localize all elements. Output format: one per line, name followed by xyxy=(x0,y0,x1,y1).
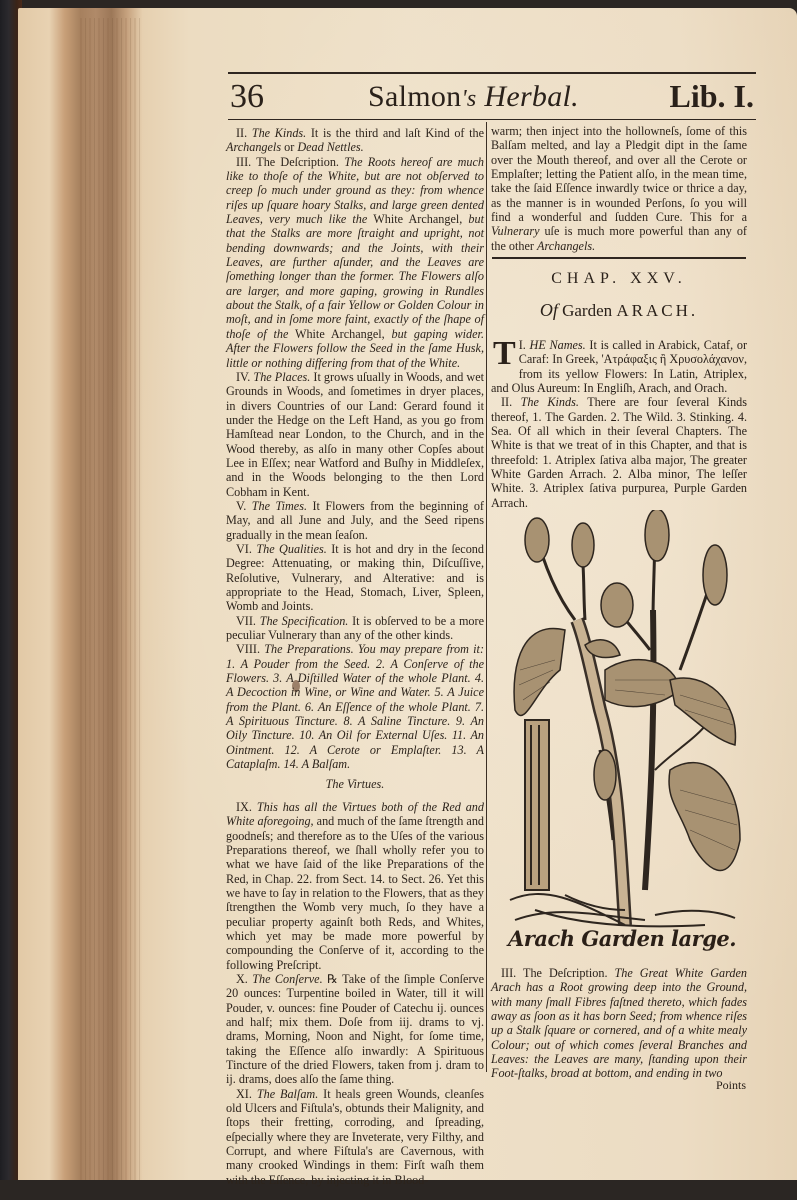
chapter-rule xyxy=(492,257,746,259)
section-places: IV. The Places. It grows uſually in Wood… xyxy=(226,370,484,499)
section-text: White Archangel, xyxy=(367,212,468,226)
section-number: VII. xyxy=(236,614,256,628)
section-text: warm; then inject into the hollowneſs, ſ… xyxy=(491,124,747,224)
chapter-heading: CHAP. XXV. xyxy=(491,270,747,288)
section-text: You may prepare from it: 1. A Pouder fro… xyxy=(226,642,484,771)
section-virtues: IX. This has all the Virtues both of the… xyxy=(226,800,484,972)
chapter-body: I. T HE Names. It is called in Arabick, … xyxy=(491,338,747,510)
section-text: or xyxy=(281,140,297,154)
section-text: ℞ Take of the ſimple Conſerve 20 ounces:… xyxy=(226,972,484,1086)
section-number: III. xyxy=(501,966,516,980)
section-number: VIII. xyxy=(236,642,260,656)
italic-term: Vulnerary xyxy=(491,224,540,238)
section-number: IX. xyxy=(236,800,252,814)
title-possessive: 's xyxy=(461,86,476,112)
section-times: V. The Times. It Flowers from the beginn… xyxy=(226,499,484,542)
section-label: The Deſcription. xyxy=(523,966,608,980)
section-description-arach: III. The Deſcription. The Great White Ga… xyxy=(491,966,747,1081)
chapter-title-garden: Garden xyxy=(562,301,612,320)
section-label: HE Names. xyxy=(530,338,586,352)
section-names: I. T HE Names. It is called in Arabick, … xyxy=(491,338,747,395)
left-column: II. The Kinds. It is the third and laſt … xyxy=(226,126,484,1187)
section-number: I. xyxy=(519,338,526,352)
section-text: White Archangel, xyxy=(288,327,391,341)
column-divider xyxy=(486,122,487,1072)
section-number: X. xyxy=(236,972,248,986)
section-number: V. xyxy=(236,499,246,513)
section-text: but that the Stalks are more ſtraight an… xyxy=(226,212,484,341)
section-label: The Preparations. xyxy=(264,642,353,656)
right-column-continuation: warm; then inject into the hollowneſs, ſ… xyxy=(491,124,747,253)
section-text: The Great White Garden Arach has a Root … xyxy=(491,966,747,1080)
section-text: and much of the ſame ſtrength and goodne… xyxy=(226,814,484,971)
section-label: The Kinds. xyxy=(252,126,306,140)
italic-term: Dead Nettles. xyxy=(297,140,363,154)
page-number: 36 xyxy=(230,78,264,116)
chapter-title: Of Garden ARACH. xyxy=(491,300,747,321)
section-label: The Places. xyxy=(253,370,310,384)
arach-plant-woodcut-icon xyxy=(505,510,745,930)
section-specification: VII. The Specification. It is obſerved t… xyxy=(226,614,484,643)
section-text: There are four ſeveral Kinds thereof, 1.… xyxy=(491,395,747,509)
section-label: The Balſam. xyxy=(257,1087,318,1101)
section-number: III. xyxy=(236,155,251,169)
section-description-text: III. The Deſcription. The Great White Ga… xyxy=(491,966,747,1081)
section-kinds-arach: II. The Kinds. There are four ſeveral Ki… xyxy=(491,395,747,510)
drop-cap: T xyxy=(493,340,516,368)
section-number: VI. xyxy=(236,542,252,556)
book-title: Salmon's Herbal. xyxy=(368,80,579,114)
book-number: Lib. I. xyxy=(670,78,754,115)
section-label: The Deſcription. xyxy=(256,155,339,169)
italic-term: Archangels. xyxy=(537,239,595,253)
title-prefix: Salmon xyxy=(368,80,461,113)
chapter-title-of: Of xyxy=(540,300,558,320)
section-text: It grows uſually in Woods, and wet Groun… xyxy=(226,370,484,499)
section-label: The Qualities. xyxy=(256,542,326,556)
section-label: The Specification. xyxy=(260,614,349,628)
section-balsam: XI. The Balſam. It heals green Wounds, c… xyxy=(226,1087,484,1187)
page-gutter-edges xyxy=(80,18,140,1188)
italic-term: Archangels xyxy=(226,140,281,154)
balsam-continuation: warm; then inject into the hollowneſs, ſ… xyxy=(491,124,747,253)
section-text: It heals green Wounds, cleanſes old Ulce… xyxy=(226,1087,484,1187)
section-number: II. xyxy=(501,395,512,409)
virtues-heading: The Virtues. xyxy=(226,777,484,791)
section-preparations: VIII. The Preparations. You may prepare … xyxy=(226,642,484,771)
section-qualities: VI. The Qualities. It is hot and dry in … xyxy=(226,542,484,614)
section-label: The Kinds. xyxy=(521,395,579,409)
section-conserve: X. The Conſerve. ℞ Take of the ſimple Co… xyxy=(226,972,484,1087)
section-description: III. The Deſcription. The Roots hereof a… xyxy=(226,155,484,370)
section-label: The Conſerve. xyxy=(252,972,322,986)
section-label: The Times. xyxy=(252,499,307,513)
section-text: It is the third and laſt Kind of the xyxy=(311,126,484,140)
catchword: Points xyxy=(716,1078,746,1093)
title-italic: Herbal. xyxy=(484,80,579,113)
section-number: IV. xyxy=(236,370,250,384)
running-head: 36 Salmon's Herbal. Lib. I. xyxy=(228,72,756,120)
illustration-caption: Arach Garden large. xyxy=(508,926,736,951)
section-number: XI. xyxy=(236,1087,252,1101)
section-number: II. xyxy=(236,126,247,140)
section-kinds: II. The Kinds. It is the third and laſt … xyxy=(226,126,484,155)
chapter-title-plant: ARACH. xyxy=(616,301,698,320)
